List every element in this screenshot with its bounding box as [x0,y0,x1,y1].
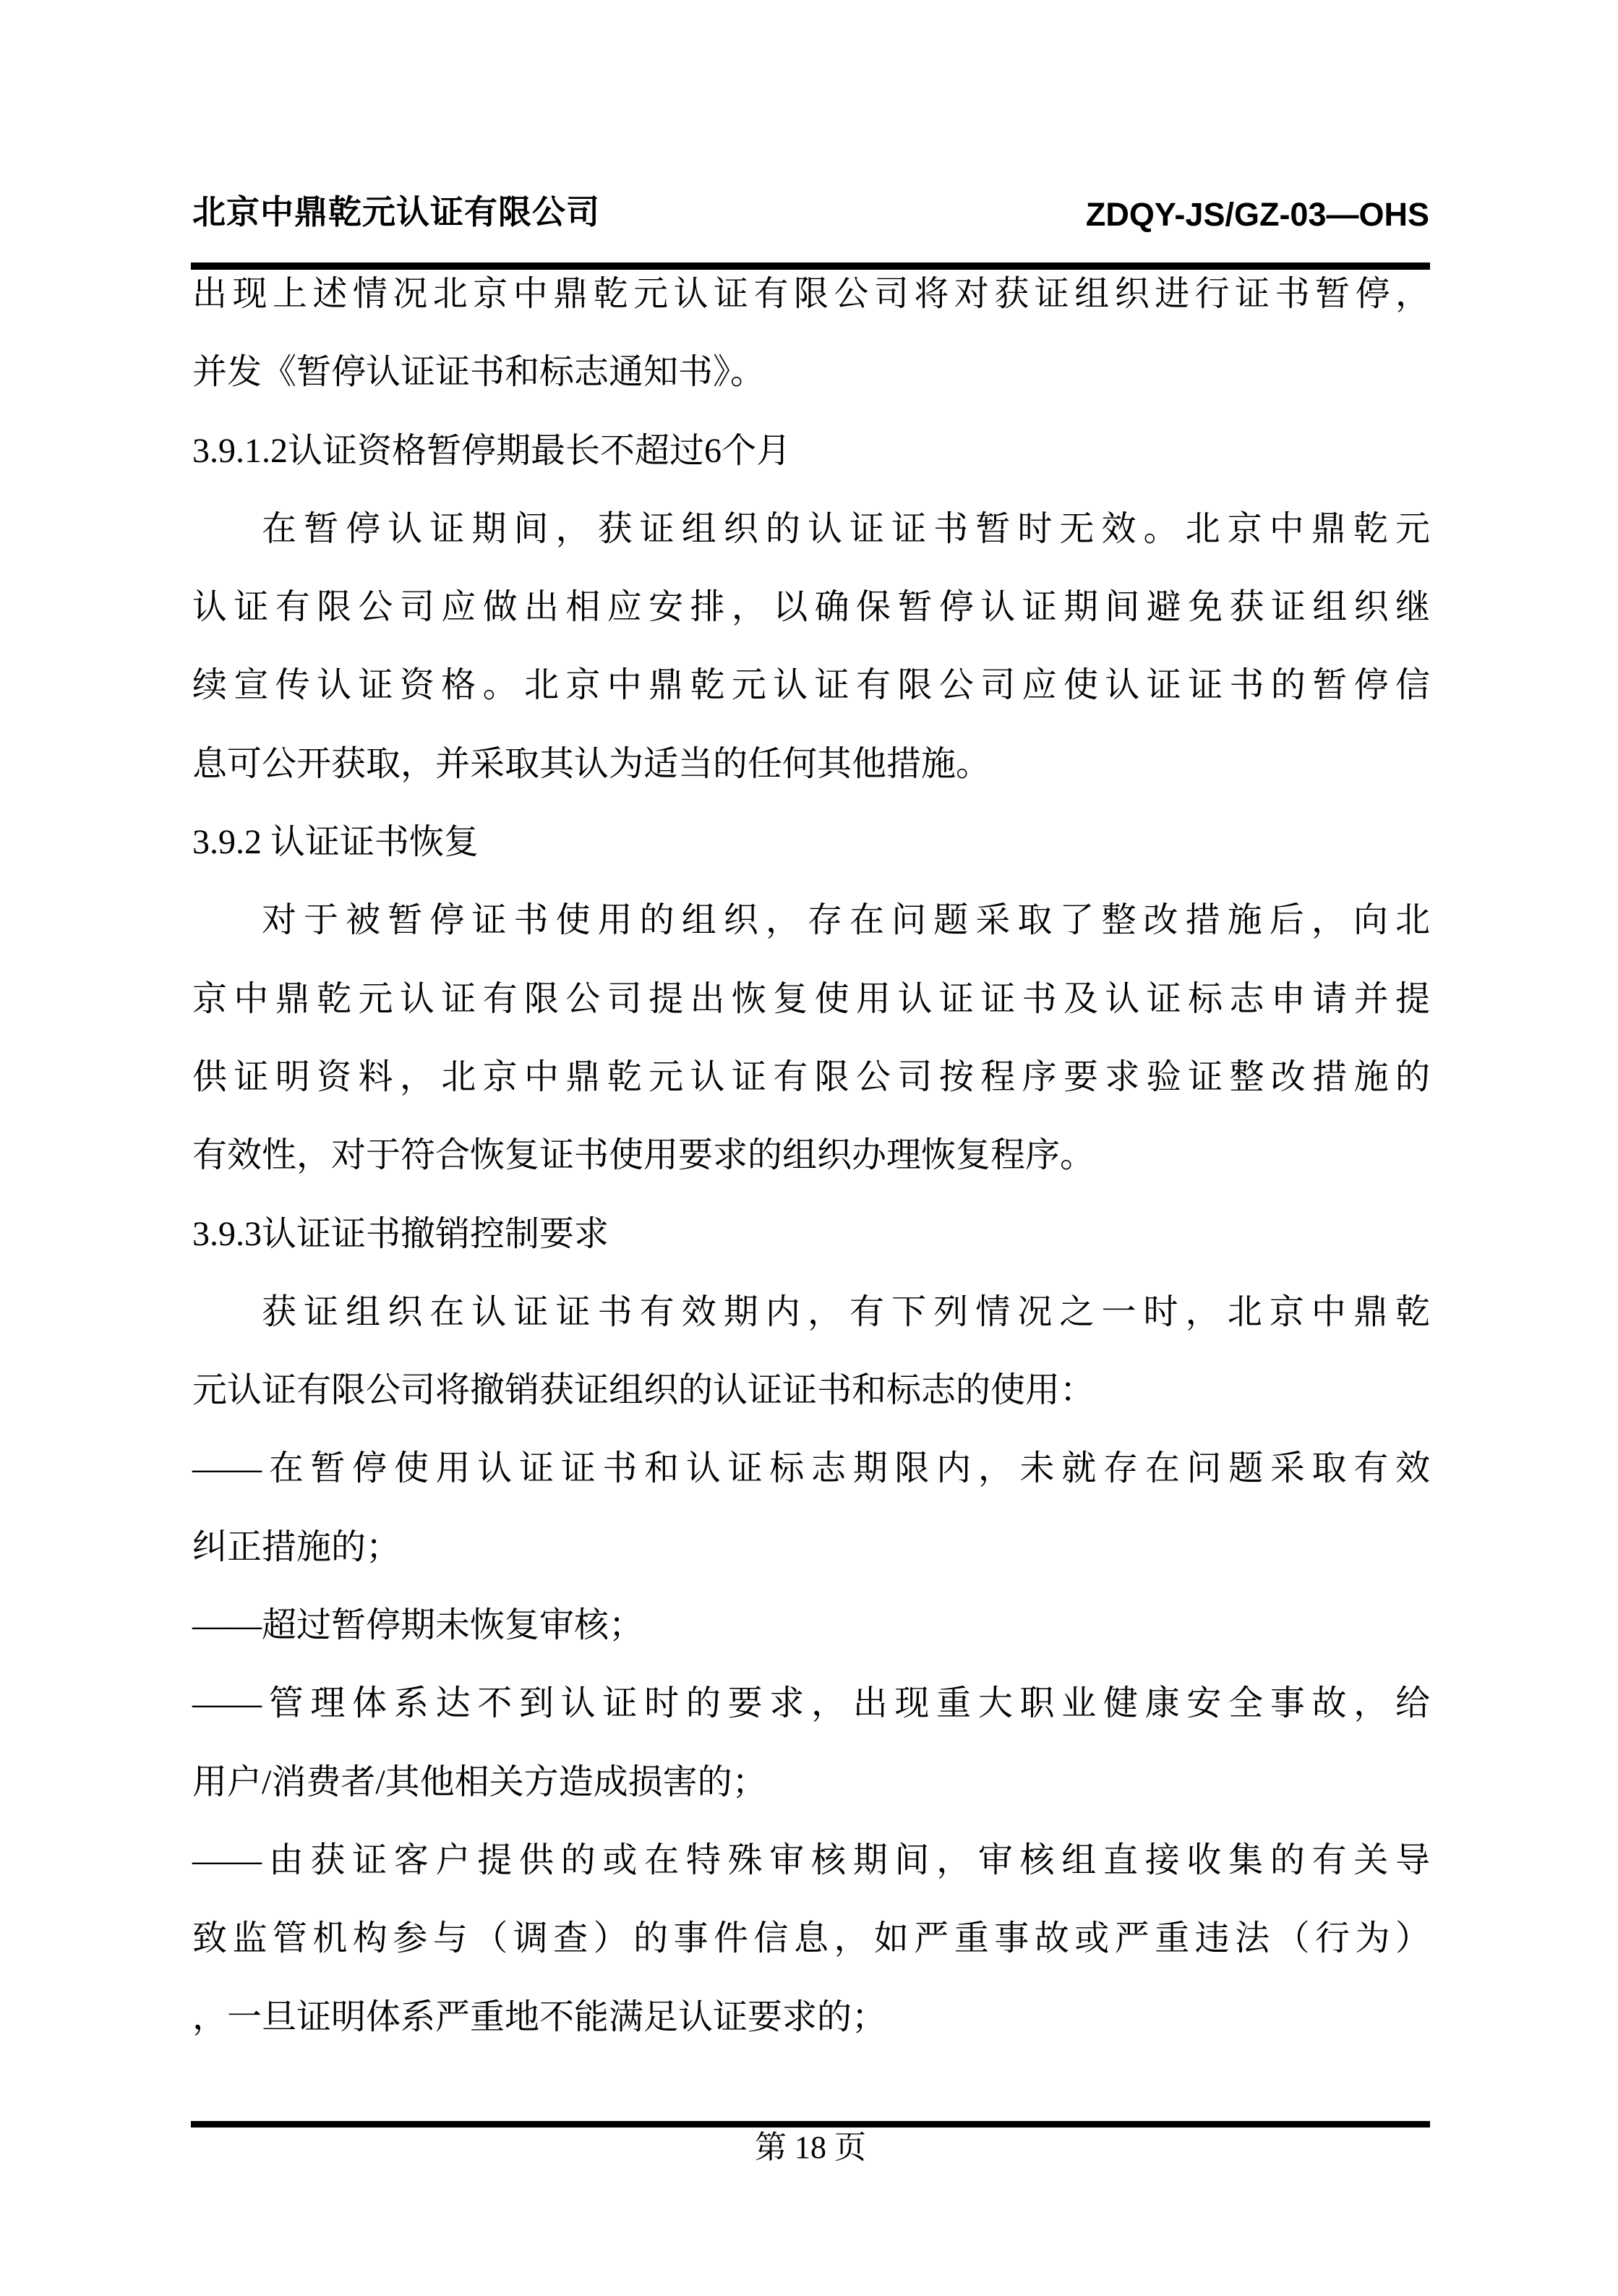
text-line: 有效性，对于符合恢复证书使用要求的组织办理恢复程序。 [192,1117,1430,1195]
document-page: 北京中鼎乾元认证有限公司 ZDQY-JS/GZ-03—OHS 出现上述情况北京中… [0,0,1618,2296]
header-company-name: 北京中鼎乾元认证有限公司 [192,192,600,231]
section-heading-393: 3.9.3认证证书撤销控制要求 [192,1195,1430,1273]
text-line: 认证有限公司应做出相应安排，以确保暂停认证期间避免获证组织继 [192,568,1430,646]
text-line: 京中鼎乾元认证有限公司提出恢复使用认证证书及认证标志申请并提 [192,960,1430,1038]
text-line: 对于被暂停证书使用的组织，存在问题采取了整改措施后，向北 [192,882,1430,960]
text-line: 纠正措施的； [192,1508,1430,1587]
section-heading-392: 3.9.2 认证证书恢复 [192,803,1430,882]
list-item-dash: ——在暂停使用认证证书和认证标志期限内，未就存在问题采取有效 [192,1430,1430,1508]
list-item-dash: ——超过暂停期未恢复审核； [192,1587,1430,1665]
text-line: 供证明资料，北京中鼎乾元认证有限公司按程序要求验证整改措施的 [192,1038,1430,1117]
text-line: 获证组织在认证证书有效期内，有下列情况之一时，北京中鼎乾 [192,1273,1430,1352]
header-document-number: ZDQY-JS/GZ-03—OHS [1086,197,1429,233]
text-line: 续宣传认证资格。北京中鼎乾元认证有限公司应使认证证书的暂停信 [192,646,1430,725]
list-item-dash: ——由获证客户提供的或在特殊审核期间，审核组直接收集的有关导 [192,1822,1430,1900]
text-line: 在暂停认证期间，获证组织的认证证书暂时无效。北京中鼎乾元 [192,490,1430,568]
list-item-dash: ——管理体系达不到认证时的要求，出现重大职业健康安全事故，给 [192,1665,1430,1743]
footer-rule [191,2121,1430,2128]
document-body: 出现上述情况北京中鼎乾元认证有限公司将对获证组织进行证书暂停， 并发《暂停认证证… [192,255,1430,2057]
text-line: 出现上述情况北京中鼎乾元认证有限公司将对获证组织进行证书暂停， [192,255,1430,333]
text-line: 用户/消费者/其他相关方造成损害的； [192,1744,1430,1822]
footer-page-number: 第 18 页 [191,2129,1430,2167]
text-line: ，一旦证明体系严重地不能满足认证要求的； [192,1979,1430,2057]
text-line: 并发《暂停认证证书和标志通知书》。 [192,333,1430,411]
section-heading-3912: 3.9.1.2认证资格暂停期最长不超过6个月 [192,412,1430,490]
text-line: 致监管机构参与（调查）的事件信息，如严重事故或严重违法（行为） [192,1900,1430,1978]
text-line: 元认证有限公司将撤销获证组织的认证证书和标志的使用： [192,1352,1430,1430]
text-line: 息可公开获取，并采取其认为适当的任何其他措施。 [192,725,1430,803]
